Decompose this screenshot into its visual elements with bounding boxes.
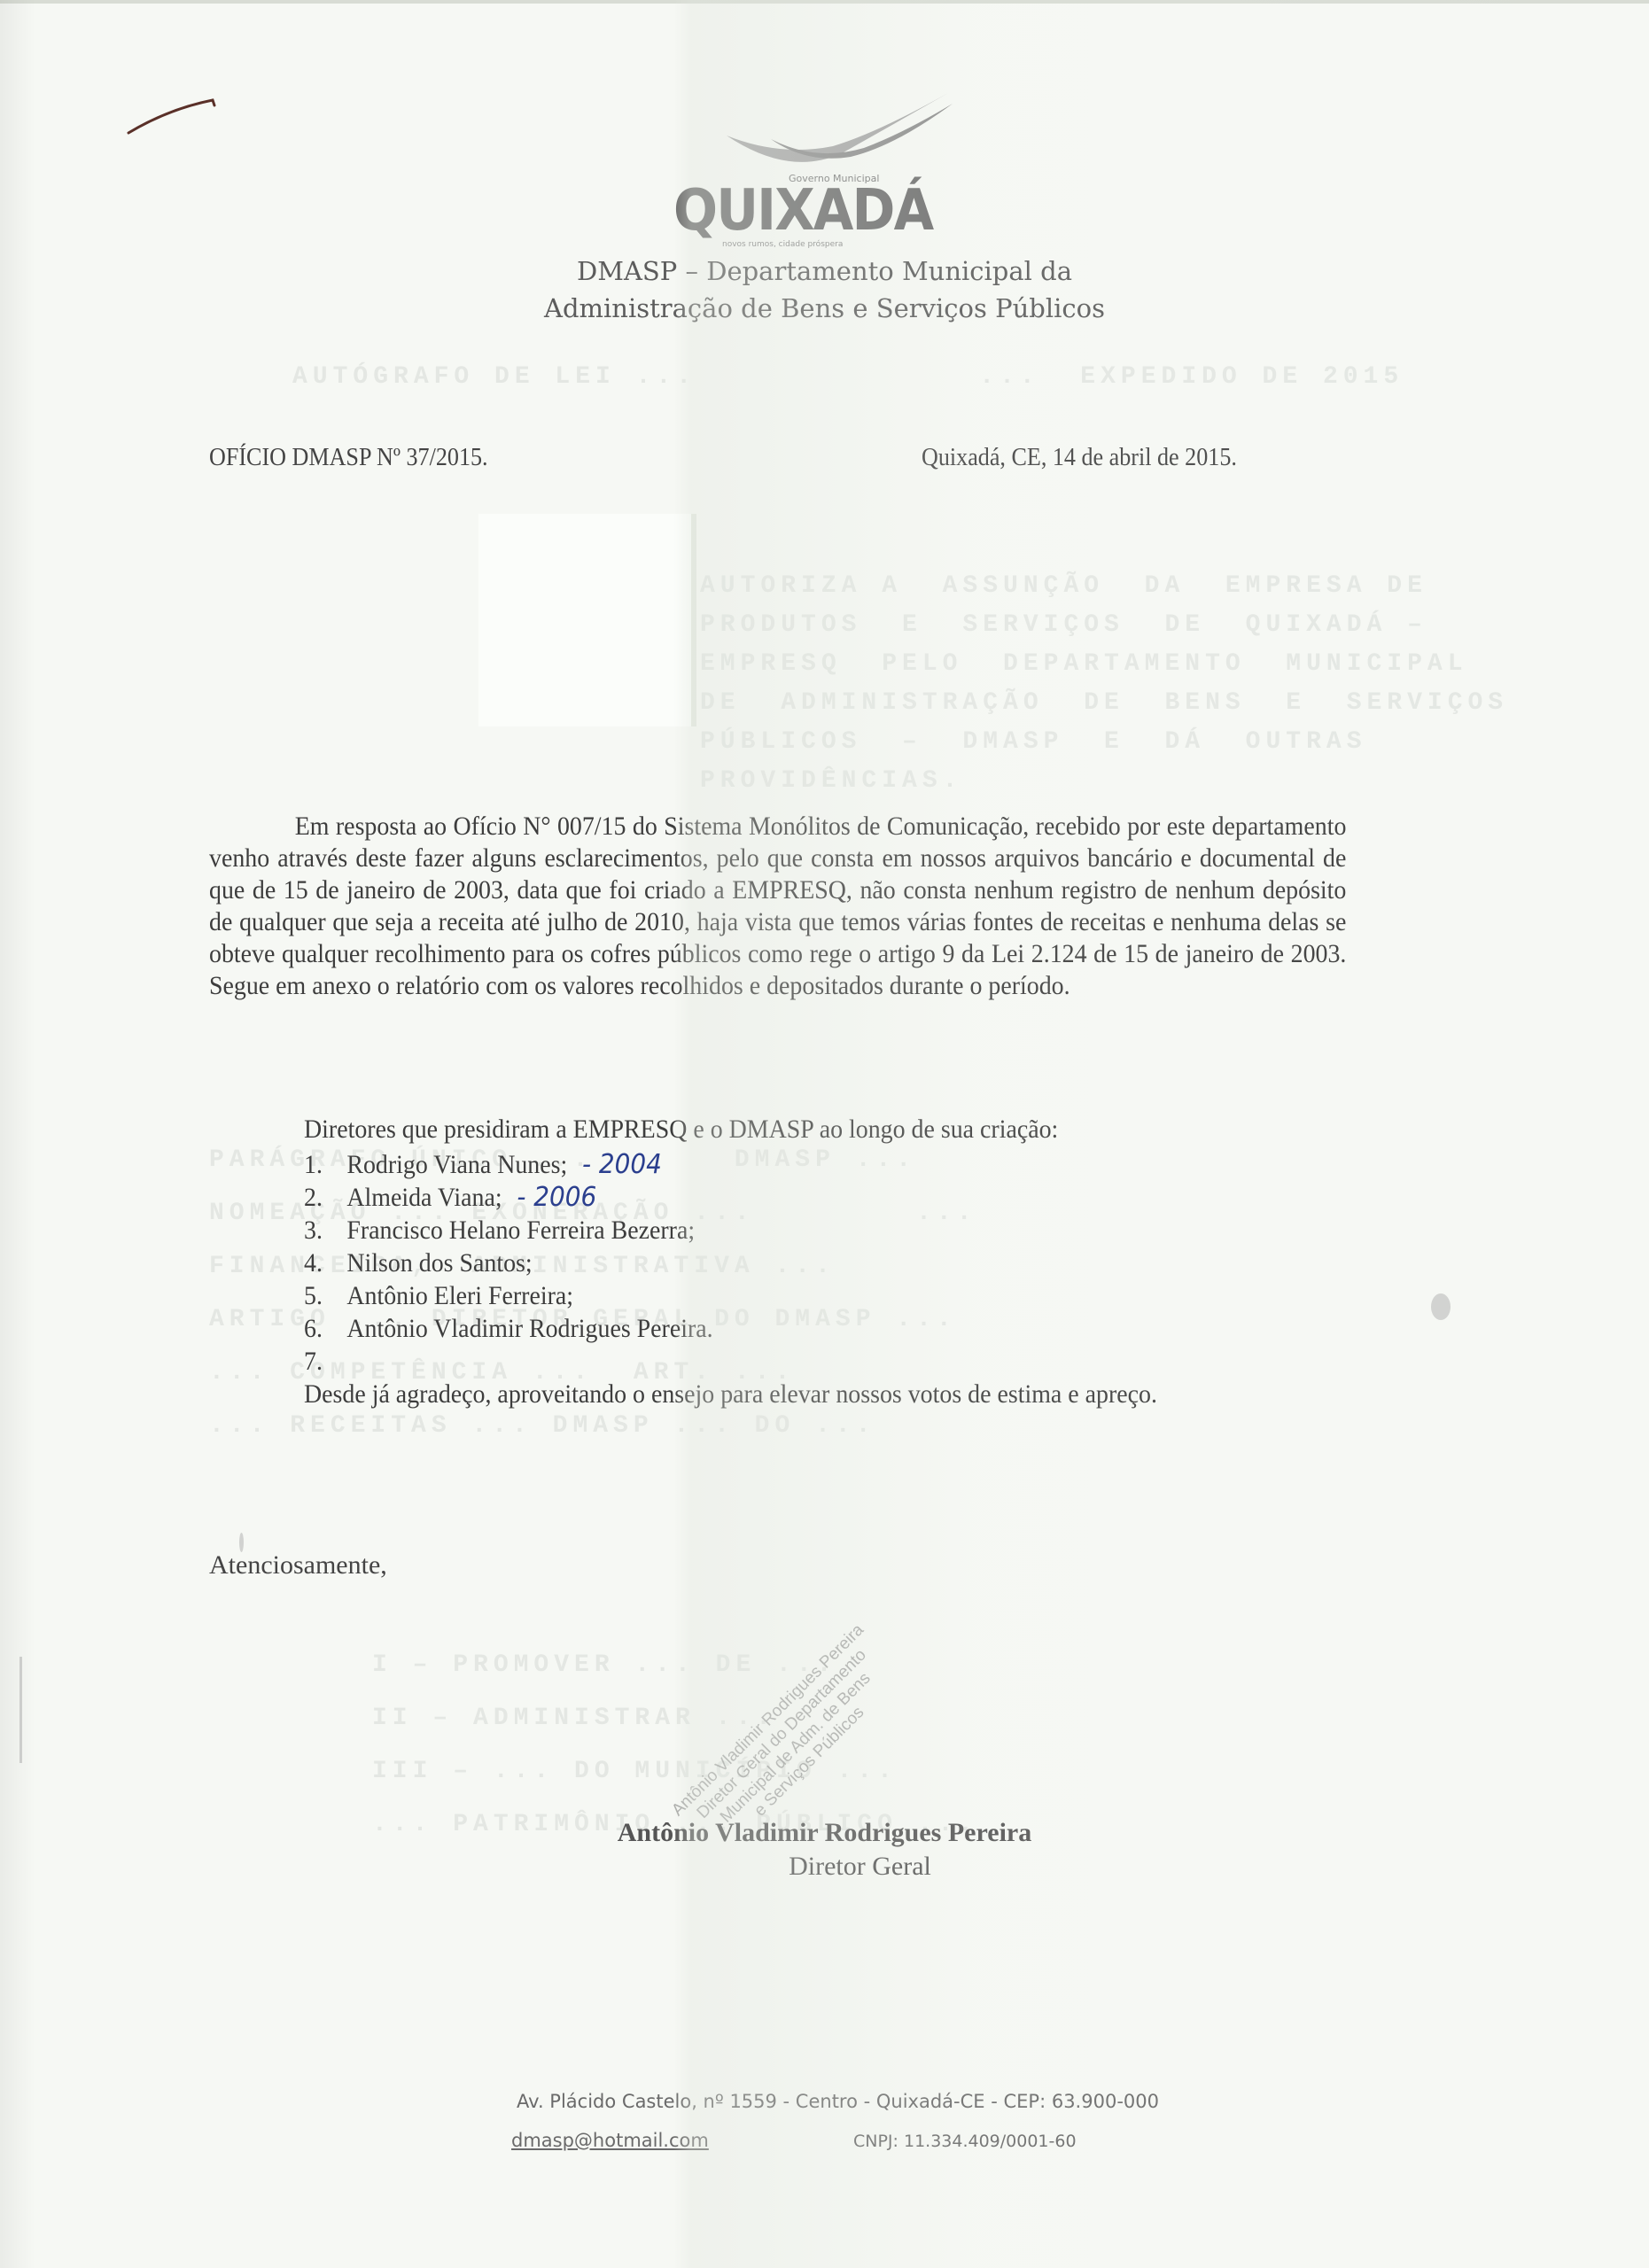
director-name: Francisco Helano Ferreira Bezerra;	[346, 1216, 695, 1245]
directors-list: 1.Rodrigo Viana Nunes;- 2004 2.Almeida V…	[304, 1148, 743, 1378]
director-name: Antônio Vladimir Rodrigues Pereira.	[346, 1314, 712, 1343]
director-name: Rodrigo Viana Nunes;	[346, 1150, 567, 1179]
list-item: 2.Almeida Viana;- 2006	[304, 1181, 713, 1214]
scan-edge	[0, 0, 1649, 4]
list-item: 6.Antônio Vladimir Rodrigues Pereira.	[304, 1312, 713, 1345]
bleed-through-text: AUTÓGRAFO DE LEI ... ... EXPEDIDO DE 201…	[292, 363, 1404, 391]
list-item: 1.Rodrigo Viana Nunes;- 2004	[304, 1148, 713, 1181]
pen-mark-icon	[124, 84, 222, 137]
logo-name: QUIXADÁ	[673, 178, 932, 244]
signer-name: Antônio Vladimir Rodrigues Pereira	[0, 1818, 1649, 1848]
swoosh-icon	[709, 84, 957, 182]
director-name: Antônio Eleri Ferreira;	[346, 1281, 573, 1310]
logo-slogan: novos rumos, cidade próspera	[722, 240, 843, 249]
document-number: OFÍCIO DMASP Nº 37/2015.	[209, 443, 488, 472]
place-and-date: Quixadá, CE, 14 de abril de 2015.	[922, 443, 1237, 472]
director-name: Nilson dos Santos;	[346, 1248, 532, 1278]
footer-address: Av. Plácido Castelo, nº 1559 - Centro - …	[0, 2091, 1649, 2112]
scan-speck	[1431, 1293, 1451, 1320]
scan-speck	[239, 1533, 244, 1552]
bleed-through-text: AUTORIZA A ASSUNÇÃO DA EMPRESA DE PRODUT…	[700, 567, 1508, 801]
department-line-2: Administração de Bens e Serviços Público…	[0, 290, 1649, 327]
department-header: DMASP – Departamento Municipal da Admini…	[0, 252, 1649, 327]
letter-body: Em resposta ao Ofício N° 007/15 do Siste…	[209, 811, 1346, 1002]
footer-email-link[interactable]: dmasp@hotmail.com	[511, 2130, 709, 2151]
list-item: 5.Antônio Eleri Ferreira;	[304, 1279, 713, 1312]
signer-title: Diretor Geral	[0, 1852, 1649, 1882]
redacted-area	[478, 514, 691, 726]
list-item: 3.Francisco Helano Ferreira Bezerra;	[304, 1214, 713, 1247]
directors-intro: Diretores que presidiram a EMPRESQ e o D…	[304, 1115, 1058, 1145]
list-item: 7.	[304, 1345, 713, 1378]
handwritten-note: - 2006	[517, 1182, 596, 1213]
director-name: Almeida Viana;	[346, 1183, 502, 1212]
handwritten-note: - 2004	[582, 1149, 662, 1180]
salutation: Atenciosamente,	[209, 1550, 387, 1581]
department-line-1: DMASP – Departamento Municipal da	[0, 252, 1649, 290]
footer-cnpj: CNPJ: 11.334.409/0001-60	[853, 2132, 1077, 2151]
list-item: 4.Nilson dos Santos;	[304, 1247, 713, 1279]
municipal-logo: Governo Municipal QUIXADÁ novos rumos, c…	[673, 84, 975, 252]
scan-speck	[19, 1657, 22, 1763]
body-paragraph: Em resposta ao Ofício N° 007/15 do Siste…	[209, 811, 1346, 1002]
closing-line: Desde já agradeço, aproveitando o ensejo…	[304, 1379, 1157, 1410]
